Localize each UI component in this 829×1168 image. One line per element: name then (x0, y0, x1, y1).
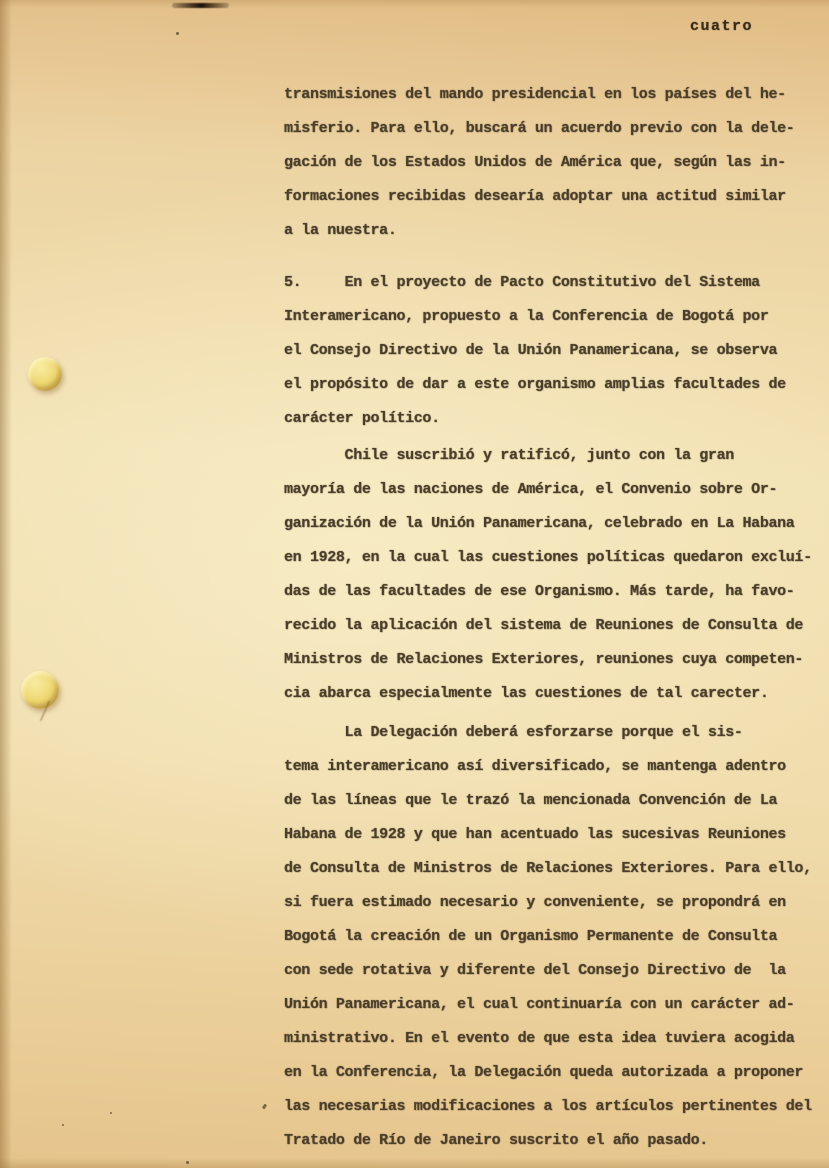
text-line: Habana de 1928 y que han acentuado las s… (284, 826, 826, 860)
text-line: de las líneas que le trazó la mencionada… (284, 792, 826, 826)
text-line: 5. En el proyecto de Pacto Constitutivo … (284, 274, 826, 308)
text-line: Tratado de Río de Janeiro suscrito el añ… (284, 1132, 826, 1166)
text-line: ganización de la Unión Panamericana, cel… (284, 515, 826, 549)
text-line: carácter político. (284, 410, 826, 444)
text-line: de Consulta de Ministros de Relaciones E… (284, 860, 826, 894)
text-line: en 1928, en la cual las cuestiones polít… (284, 549, 826, 583)
text-line: a la nuestra. (284, 222, 826, 256)
page-number: cuatro (690, 18, 753, 35)
paragraph-item-5: 5. En el proyecto de Pacto Constitutivo … (284, 274, 826, 444)
text-line: tema interamericano así diversificado, s… (284, 758, 826, 792)
paper-speck (110, 1112, 112, 1114)
punch-hole-bottom (21, 671, 59, 709)
scanned-document-page: cuatro transmisiones del mando presidenc… (0, 0, 829, 1168)
paper-speck (262, 1104, 267, 1110)
text-line: Interamericano, propuesto a la Conferenc… (284, 308, 826, 342)
text-line: Bogotá la creación de un Organismo Perma… (284, 928, 826, 962)
text-line: Ministros de Relaciones Exteriores, reun… (284, 651, 826, 685)
typewritten-text-block: transmisiones del mando presidencial en … (284, 86, 826, 1166)
text-line: transmisiones del mando presidencial en … (284, 86, 826, 120)
text-line: cia abarca especialmente las cuestiones … (284, 685, 826, 719)
text-line: mayoría de las naciones de América, el C… (284, 481, 826, 515)
text-line: Chile suscribió y ratificó, junto con la… (284, 447, 826, 481)
text-line: las necesarias modificaciones a los artí… (284, 1098, 826, 1132)
paper-speck (62, 1124, 64, 1126)
ink-smudge-mark (172, 3, 229, 8)
text-line: el propósito de dar a este organismo amp… (284, 376, 826, 410)
page-left-edge-shadow (0, 0, 12, 1168)
text-line: formaciones recibidas desearía adoptar u… (284, 188, 826, 222)
paragraph-transmisiones: transmisiones del mando presidencial en … (284, 86, 826, 256)
text-line: gación de los Estados Unidos de América … (284, 154, 826, 188)
paragraph-chile-suscribio: Chile suscribió y ratificó, junto con la… (284, 447, 826, 719)
paper-speck (176, 32, 179, 35)
text-line: si fuera estimado necesario y convenient… (284, 894, 826, 928)
paper-speck (186, 1161, 189, 1164)
text-line: misferio. Para ello, buscará un acuerdo … (284, 120, 826, 154)
text-line: das de las facultades de ese Organismo. … (284, 583, 826, 617)
text-line: Unión Panamericana, el cual continuaría … (284, 996, 826, 1030)
paragraph-la-delegacion: La Delegación deberá esforzarse porque e… (284, 724, 826, 1166)
punch-hole-top (28, 357, 62, 391)
text-line: en la Conferencia, la Delegación queda a… (284, 1064, 826, 1098)
text-line: el Consejo Directivo de la Unión Panamer… (284, 342, 826, 376)
text-line: recido la aplicación del sistema de Reun… (284, 617, 826, 651)
page-top-edge-shadow (0, 0, 829, 8)
text-line: con sede rotativa y diferente del Consej… (284, 962, 826, 996)
text-line: ministrativo. En el evento de que esta i… (284, 1030, 826, 1064)
text-line: La Delegación deberá esforzarse porque e… (284, 724, 826, 758)
